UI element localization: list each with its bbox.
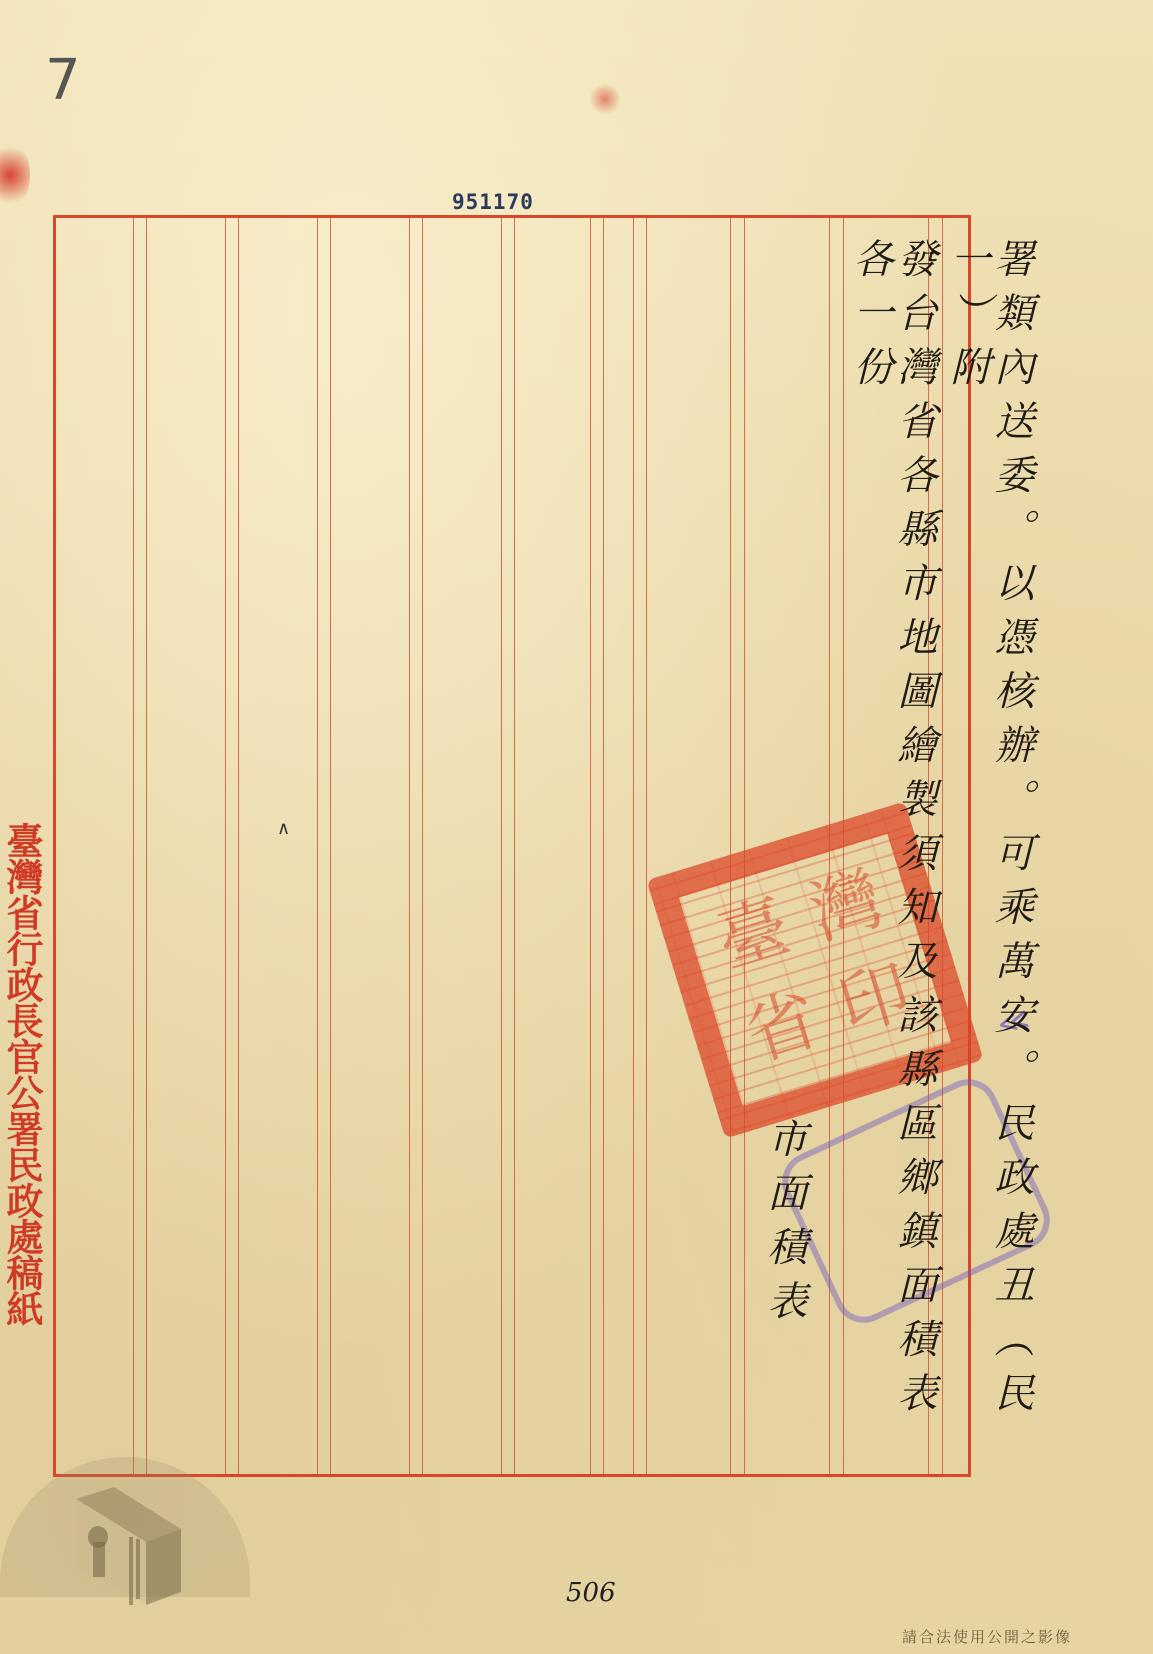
red-ink-spot	[590, 82, 620, 116]
usage-notice: 請合法使用公開之影像	[902, 1626, 1072, 1647]
form-title: 臺灣省行政長官公署民政處稿紙	[2, 822, 42, 1326]
red-ink-blot	[0, 140, 30, 210]
archive-book-keyhole-icon	[76, 1487, 181, 1607]
handwritten-column-2: 發台灣省各縣市地圖繪製須知及該縣區鄉鎮面積表各一份	[848, 238, 936, 1468]
handwritten-column-3: 市面積表	[762, 1118, 806, 1418]
serial-number: 951170	[452, 190, 534, 214]
pencil-mark: 7	[45, 48, 81, 113]
caret-mark: ∧	[277, 818, 290, 839]
handwritten-column-1: 署類內送委。以憑核辦。可乘萬安。民政處丑（民一）附	[945, 238, 1033, 1468]
page-number: 506	[566, 1578, 616, 1608]
